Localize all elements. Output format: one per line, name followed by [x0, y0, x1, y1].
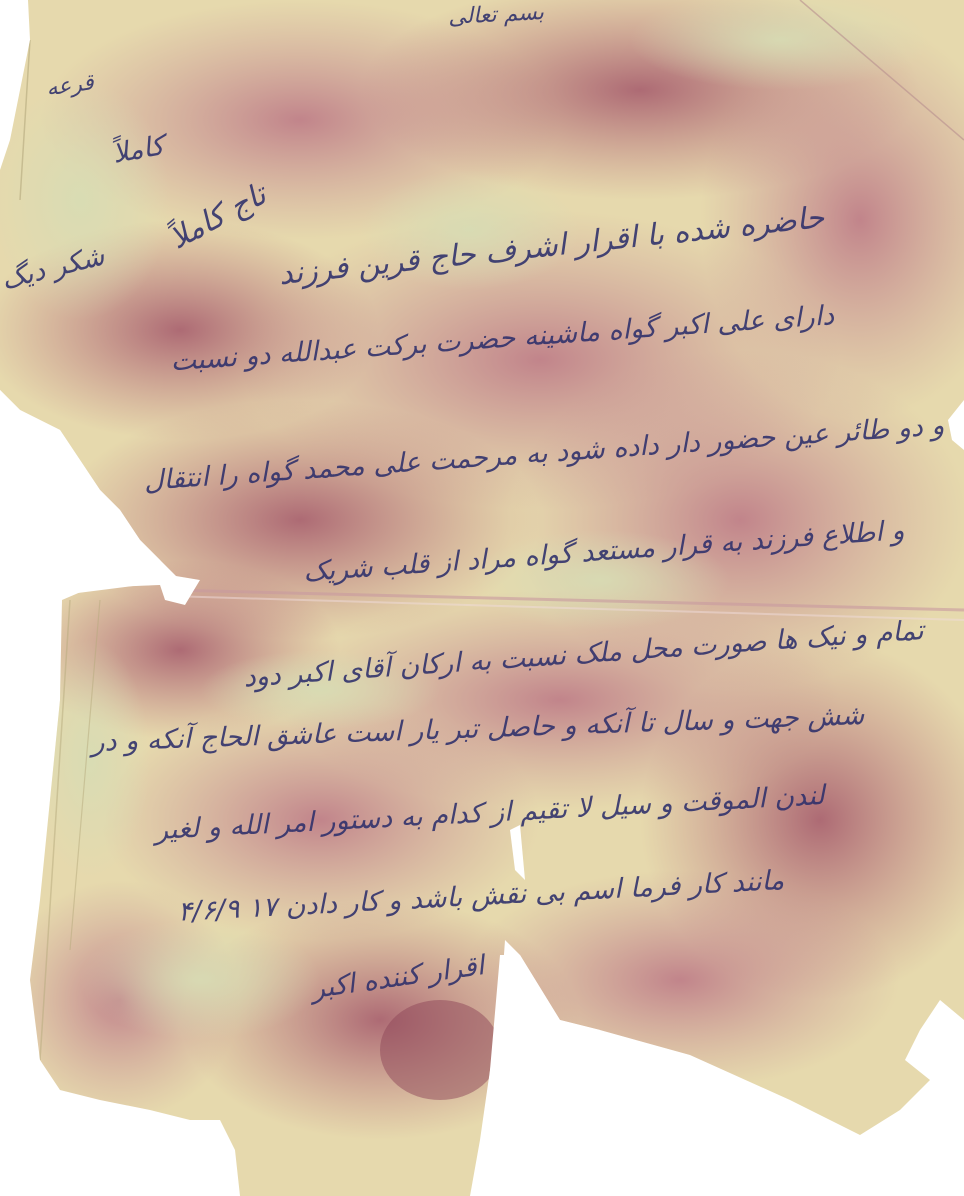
paper-shape — [0, 0, 964, 1196]
scanned-letter: بسم تعالی قرعه کاملاً تاج کاملاً شکر دیگ… — [0, 0, 964, 1196]
header-basmala: بسم تعالی — [448, 0, 545, 30]
